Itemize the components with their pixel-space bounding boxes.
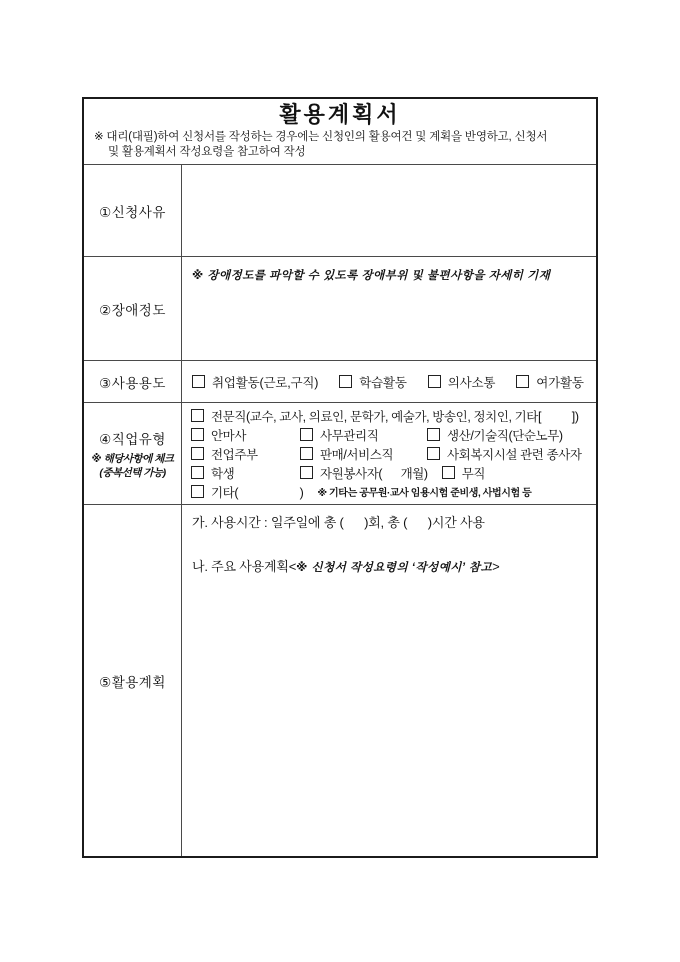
checkbox-icon xyxy=(300,447,313,460)
field-value-usage: 취업활동(근로,구직) 학습활동 의사소통 여가활동 xyxy=(182,361,596,402)
occupation-label: ④직업유형 xyxy=(99,428,166,448)
checkbox-icon xyxy=(442,466,455,479)
occupation-option-housewife-label: 전업주부 xyxy=(211,448,258,462)
field-label-plan: ⑤활용계획 xyxy=(84,505,182,856)
field-value-plan: 가. 사용시간 : 일주일에 총 ( )회, 총 ( )시간 사용 나. 주요 … xyxy=(182,505,596,856)
row-disability-degree: ②장애정도 ※ 장애정도를 파악할 수 있도록 장애부위 및 불편사항을 자세히… xyxy=(84,256,596,360)
checkbox-icon xyxy=(427,447,440,460)
occupation-line-2: 안마사 사무관리직 생산/기술직(단순노무) xyxy=(191,427,596,446)
checkbox-icon xyxy=(427,428,440,441)
usage-option-communication: 의사소통 xyxy=(428,373,496,391)
row-application-reason: ①신청사유 xyxy=(84,164,596,256)
checkbox-icon xyxy=(428,375,441,388)
field-label-usage: ③사용용도 xyxy=(84,361,182,402)
disability-guideline-note: ※ 장애정도를 파악할 수 있도록 장애부위 및 불편사항을 자세히 기재 xyxy=(182,257,596,283)
plan-main-plan-note: ※ 신청서 작성요령의 ‘작성예시’ 참고 xyxy=(296,562,492,574)
field-label-reason: ①신청사유 xyxy=(84,165,182,256)
field-label-disability: ②장애정도 xyxy=(84,257,182,360)
occupation-option-production-label: 생산/기술직(단순노무) xyxy=(447,429,563,443)
usage-option-work-label: 취업활동(근로,구직) xyxy=(212,376,318,390)
usage-option-learning-label: 학습활동 xyxy=(359,376,407,390)
field-value-reason xyxy=(182,165,596,256)
form-title: 활용계획서 xyxy=(88,102,592,128)
usage-option-work: 취업활동(근로,구직) xyxy=(192,373,318,391)
occupation-option-student: 학생 xyxy=(191,465,300,484)
occupation-multi-note: (중복선택 가능) xyxy=(99,466,165,480)
form-header: 활용계획서 ※ 대리(대필)하여 신청서를 작성하는 경우에는 신청인의 활용여… xyxy=(84,99,596,164)
field-value-disability: ※ 장애정도를 파악할 수 있도록 장애부위 및 불편사항을 자세히 기재 xyxy=(182,257,596,360)
checkbox-icon xyxy=(191,447,204,460)
plan-usage-time-line: 가. 사용시간 : 일주일에 총 ( )회, 총 ( )시간 사용 xyxy=(192,514,590,532)
occupation-option-unemployed-label: 무직 xyxy=(462,467,485,481)
plan-main-plan-line: 나. 주요 사용계획<※ 신청서 작성요령의 ‘작성예시’ 참고> xyxy=(192,558,590,577)
usage-option-leisure: 여가활동 xyxy=(516,373,584,391)
checkbox-icon xyxy=(191,409,204,422)
occupation-option-masseur-label: 안마사 xyxy=(211,429,246,443)
occupation-other-note: ※ 기타는 공무원·교사 임용시험 준비생, 사법시험 등 xyxy=(317,484,531,503)
occupation-option-masseur: 안마사 xyxy=(191,427,300,446)
occupation-option-office: 사무관리직 xyxy=(300,427,427,446)
usage-options: 취업활동(근로,구직) 학습활동 의사소통 여가활동 xyxy=(182,361,596,402)
occupation-option-sales: 판매/서비스직 xyxy=(300,446,427,465)
usage-option-communication-label: 의사소통 xyxy=(448,376,496,390)
occupation-option-professional-label: 전문직(교수, 교사, 의료인, 문학가, 예술가, 방송인, 정치인, 기타[… xyxy=(211,410,579,424)
checkbox-icon xyxy=(300,428,313,441)
occupation-option-volunteer-label: 자원봉사자( 개월) xyxy=(320,467,428,481)
occupation-option-student-label: 학생 xyxy=(211,467,234,481)
row-usage-purpose: ③사용용도 취업활동(근로,구직) 학습활동 의사소통 여가활동 xyxy=(84,360,596,402)
occupation-option-welfare: 사회복지시설 관련 종사자 xyxy=(427,446,582,465)
occupation-option-other: 기타( ) xyxy=(191,484,303,503)
occupation-option-office-label: 사무관리직 xyxy=(320,429,378,443)
utilization-plan-form: 활용계획서 ※ 대리(대필)하여 신청서를 작성하는 경우에는 신청인의 활용여… xyxy=(82,97,598,858)
plan-main-plan-prefix: 나. 주요 사용계획< xyxy=(192,559,296,574)
occupation-option-sales-label: 판매/서비스직 xyxy=(320,448,393,462)
occupation-option-production: 생산/기술직(단순노무) xyxy=(427,427,563,446)
header-note-line1: ※ 대리(대필)하여 신청서를 작성하는 경우에는 신청인의 활용여건 및 계획… xyxy=(88,130,592,145)
occupation-line-3: 전업주부 판매/서비스직 사회복지시설 관련 종사자 xyxy=(191,446,596,465)
usage-option-learning: 학습활동 xyxy=(339,373,407,391)
occupation-option-unemployed: 무직 xyxy=(442,465,485,484)
checkbox-icon xyxy=(516,375,529,388)
occupation-option-volunteer: 자원봉사자( 개월) xyxy=(300,465,428,484)
occupation-option-welfare-label: 사회복지시설 관련 종사자 xyxy=(447,448,582,462)
row-occupation-type: ④직업유형 ※ 해당사항에 체크 (중복선택 가능) 전문직(교수, 교사, 의… xyxy=(84,402,596,504)
checkbox-icon xyxy=(339,375,352,388)
field-label-occupation: ④직업유형 ※ 해당사항에 체크 (중복선택 가능) xyxy=(84,403,182,504)
occupation-options: 전문직(교수, 교사, 의료인, 문학가, 예술가, 방송인, 정치인, 기타[… xyxy=(182,403,596,504)
occupation-line-other: 기타( ) ※ 기타는 공무원·교사 임용시험 준비생, 사법시험 등 xyxy=(191,484,596,503)
document-page: 활용계획서 ※ 대리(대필)하여 신청서를 작성하는 경우에는 신청인의 활용여… xyxy=(0,0,680,962)
checkbox-icon xyxy=(300,466,313,479)
occupation-line-4: 학생 자원봉사자( 개월) 무직 xyxy=(191,465,596,484)
checkbox-icon xyxy=(191,485,204,498)
plan-main-plan-suffix: > xyxy=(492,559,499,574)
occupation-option-other-label: 기타( ) xyxy=(211,486,303,500)
checkbox-icon xyxy=(191,428,204,441)
row-utilization-plan: ⑤활용계획 가. 사용시간 : 일주일에 총 ( )회, 총 ( )시간 사용 … xyxy=(84,504,596,856)
spacer xyxy=(303,484,317,503)
header-note: ※ 대리(대필)하여 신청서를 작성하는 경우에는 신청인의 활용여건 및 계획… xyxy=(88,130,592,160)
checkbox-icon xyxy=(191,466,204,479)
spacer xyxy=(428,465,442,484)
occupation-check-note: ※ 해당사항에 체크 xyxy=(91,452,173,466)
occupation-option-professional: 전문직(교수, 교사, 의료인, 문학가, 예술가, 방송인, 정치인, 기타[… xyxy=(191,408,579,427)
header-note-line2: 및 활용계획서 작성요령을 참고하여 작성 xyxy=(88,145,592,160)
checkbox-icon xyxy=(192,375,205,388)
occupation-option-housewife: 전업주부 xyxy=(191,446,300,465)
usage-option-leisure-label: 여가활동 xyxy=(536,376,584,390)
occupation-line-professional: 전문직(교수, 교사, 의료인, 문학가, 예술가, 방송인, 정치인, 기타[… xyxy=(191,408,596,427)
